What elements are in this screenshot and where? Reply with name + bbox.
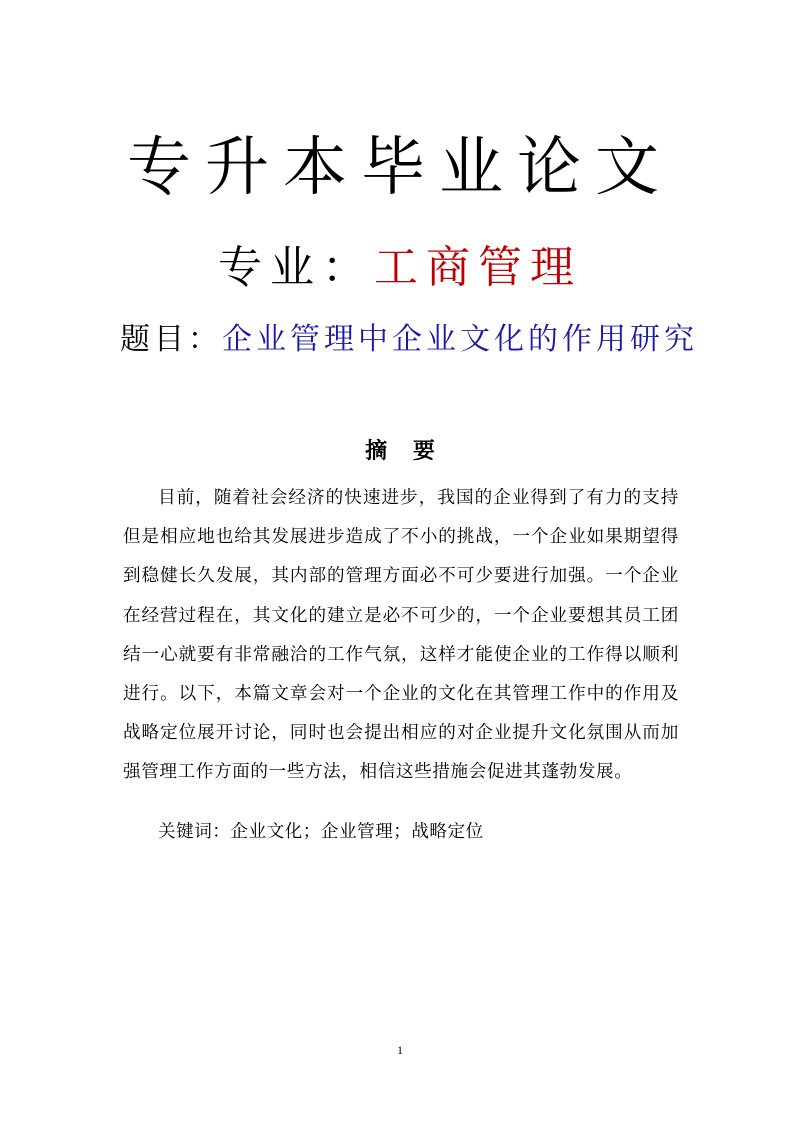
abstract-paragraph: 目前，随着社会经济的快速进步，我国的企业得到了有力的支持但是相应地也给其发展进步… (123, 479, 679, 793)
major-line: 专业：工商管理 (0, 238, 800, 298)
major-value: 工商管理 (374, 242, 582, 293)
topic-label: 题目： (120, 322, 222, 357)
topic-line: 题目：企业管理中企业文化的作用研究 (120, 318, 740, 362)
abstract-body: 目前，随着社会经济的快速进步，我国的企业得到了有力的支持但是相应地也给其发展进步… (123, 479, 679, 793)
abstract-heading: 摘 要 (0, 436, 800, 468)
thesis-title: 专升本毕业论文 (0, 128, 800, 208)
keywords-line: 关键词：企业文化；企业管理；战略定位 (158, 818, 484, 846)
page-number: 1 (0, 1043, 800, 1058)
topic-value: 企业管理中企业文化的作用研究 (222, 322, 698, 357)
major-label: 专业： (218, 242, 374, 293)
